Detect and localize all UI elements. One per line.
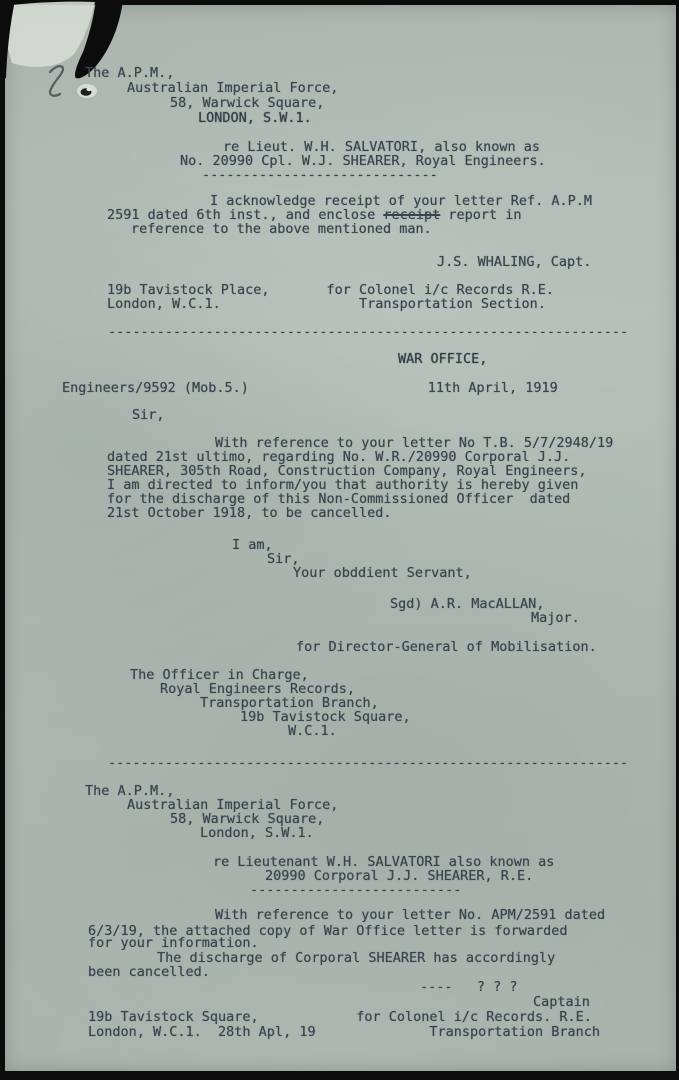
text-line: With reference to your letter No. APM/25… — [215, 908, 605, 922]
text-line: London, W.C.1. Transportation Section. — [107, 297, 546, 311]
text-line: J.S. WHALING, Capt. — [437, 255, 591, 269]
text-line: 19b Tavistock Place, for Colonel i/c Rec… — [107, 283, 554, 297]
text-line: The Officer in Charge, — [130, 668, 309, 682]
text-line: SHEARER, 305th Road, Construction Compan… — [107, 464, 587, 478]
text-line: Transportation Branch, — [200, 696, 379, 710]
text-line: 58, Warwick Square, — [170, 812, 324, 826]
text-line: Australian Imperial Force, — [127, 798, 338, 812]
text-line: The A.P.M., — [85, 66, 174, 80]
text-line: I am, — [232, 538, 273, 552]
text-line: re Lieut. W.H. SALVATORI, also known as — [223, 140, 540, 154]
text-line: With reference to your letter No T.B. 5/… — [215, 436, 613, 450]
text-line: for the discharge of this Non-Commission… — [107, 492, 570, 506]
text-line: dated 21st ultimo, regarding No. W.R./20… — [107, 450, 570, 464]
text-line: London, S.W.1. — [200, 826, 314, 840]
text-line: reference to the above mentioned man. — [131, 222, 432, 236]
text-line: Major. — [531, 611, 580, 625]
text-line: Captain — [533, 995, 590, 1009]
text-line: 58, Warwick Square, — [170, 96, 324, 110]
text-line: WAR OFFICE, — [398, 352, 487, 366]
text-line: W.C.1. — [288, 724, 337, 738]
text-line: been cancelled. — [88, 965, 210, 979]
text-line: I am directed to inform/you that authori… — [107, 478, 578, 492]
text-line: Royal Engineers Records, — [160, 682, 355, 696]
text-line: The discharge of Corporal SHEARER has ac… — [157, 951, 555, 965]
text-line: ----------------------------------------… — [108, 325, 628, 339]
text-line: Sir, — [267, 552, 300, 566]
text-line: ----------------------------------------… — [108, 756, 628, 770]
text-line: I acknowledge receipt of your letter Ref… — [210, 194, 592, 208]
text-line: 19b Tavistock Square, — [240, 710, 411, 724]
text-line: ---- ? ? ? — [420, 980, 518, 994]
text-line: The A.P.M., — [85, 784, 174, 798]
typewritten-text-layer: The A.P.M.,Australian Imperial Force,58,… — [0, 0, 679, 1080]
text-line: for Director-General of Mobilisation. — [296, 640, 597, 654]
text-segment: report in — [440, 207, 521, 223]
text-line: Your obddient Servant, — [293, 566, 472, 580]
text-line: 20990 Corporal J.J. SHEARER, R.E. — [265, 869, 533, 883]
text-line: Engineers/9592 (Mob.5.) 11th April, 1919 — [62, 381, 558, 395]
text-line: No. 20990 Cpl. W.J. SHEARER, Royal Engin… — [180, 154, 546, 168]
text-line: re Lieutenant W.H. SALVATORI also known … — [213, 855, 554, 869]
text-line: Sgd) A.R. MacALLAN, — [390, 597, 544, 611]
text-line: London, W.C.1. 28th Apl, 19 Transportati… — [88, 1025, 600, 1039]
text-line: Australian Imperial Force, — [127, 81, 338, 95]
scanned-letter-screenshot: { "page": { "kind": "scanned typewritten… — [0, 0, 679, 1080]
text-line: Sir, — [132, 408, 165, 422]
text-line: 2591 dated 6th inst., and enclose receip… — [107, 208, 522, 222]
text-line: 19b Tavistock Square, for Colonel i/c Re… — [88, 1010, 592, 1024]
text-line: ----------------------------- — [202, 168, 438, 182]
text-line: -------------------------- — [250, 883, 461, 897]
text-line: 21st October 1918, to be cancelled. — [107, 506, 391, 520]
text-line: for your information. — [88, 936, 259, 950]
text-line: LONDON, S.W.1. — [198, 111, 312, 125]
